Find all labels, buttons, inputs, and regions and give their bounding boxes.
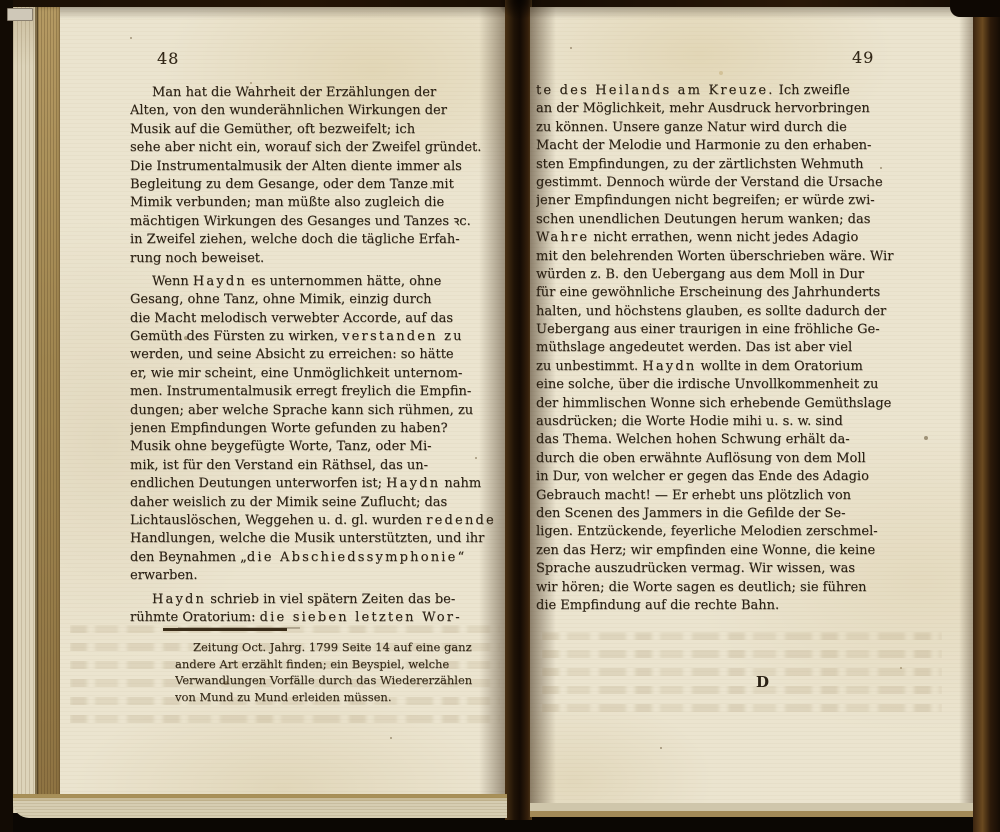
text-line: andere Art erzählt finden; ein Beyspiel,… xyxy=(175,656,492,673)
text-line: mik, ist für den Verstand ein Räthsel, d… xyxy=(130,457,502,475)
text-line: Verwandlungen Vorfälle durch das Wiedere… xyxy=(175,672,492,689)
page-49: 49 te des Heilands am Kreuze. Ich zweifl… xyxy=(530,7,973,805)
text-line: für eine gewöhnliche Erscheinung des Jah… xyxy=(536,284,916,302)
page-number-48: 48 xyxy=(157,49,179,68)
text-line: jenen Empfindungen Worte gefunden zu hab… xyxy=(130,420,502,438)
text-line: Mimik verbunden; man müßte also zugleich… xyxy=(130,194,502,212)
text-line: Wahre nicht errathen, wenn nicht jedes A… xyxy=(536,229,916,247)
page-stack-bottom-edge xyxy=(13,794,507,818)
text-line: halten, und höchstens glauben, es sollte… xyxy=(536,303,916,321)
text-line: den Scenen des Jammers in die Gefilde de… xyxy=(536,505,916,523)
spine-label-chip xyxy=(7,8,33,21)
signature-mark: D xyxy=(756,673,769,691)
text-line: an der Möglichkeit, mehr Ausdruck hervor… xyxy=(536,100,916,118)
text-line: zu unbestimmt. Haydn wollte in dem Orato… xyxy=(536,358,916,376)
text-line: würden z. B. den Uebergang aus dem Moll … xyxy=(536,266,916,284)
page-49-text-block: te des Heilands am Kreuze. Ich zweiflean… xyxy=(536,82,916,615)
text-line: rühmte Oratorium: die sieben letzten Wor… xyxy=(130,609,502,627)
page-stack-fore-edge xyxy=(13,7,37,813)
text-line: te des Heilands am Kreuze. Ich zweifle xyxy=(536,82,916,100)
paper-specks xyxy=(570,47,572,49)
text-line: in Zweifel ziehen, welche doch die tägli… xyxy=(130,231,502,249)
emphasized-text: Haydn xyxy=(386,476,440,491)
text-line: das Thema. Welchen hohen Schwung erhält … xyxy=(536,431,916,449)
text-line: endlichen Deutungen unterworfen ist; Hay… xyxy=(130,475,502,493)
text-line: Begleitung zu dem Gesange, oder dem Tanz… xyxy=(130,176,502,194)
text-line: in Dur, von welcher er gegen das Ende de… xyxy=(536,468,916,486)
text-line: dungen; aber welche Sprache kann sich rü… xyxy=(130,402,502,420)
text-line: Gesang, ohne Tanz, ohne Mimik, einzig du… xyxy=(130,291,502,309)
emphasized-text: Haydn xyxy=(193,274,247,289)
text-line: schen unendlichen Deutungen herum wanken… xyxy=(536,211,916,229)
book-left-cover-edge xyxy=(0,0,13,832)
emphasized-text: te des Heilands am Kreuze. xyxy=(536,83,775,98)
emphasized-text: die Abschiedssymphonie xyxy=(247,550,458,565)
text-line: durch die oben erwähnte Auflösung von de… xyxy=(536,450,916,468)
text-line: Musik auf die Gemüther, oft bezweifelt; … xyxy=(130,121,502,139)
book-scan: 48 Man hat die Wahrheit der Erzählungen … xyxy=(0,0,1000,832)
text-line: wir hören; die Worte sagen es deutlich; … xyxy=(536,579,916,597)
page-bottom-edge xyxy=(530,803,973,817)
page-top-shadow xyxy=(60,7,507,19)
text-line: die Macht melodisch verwebter Accorde, a… xyxy=(130,310,502,328)
text-line: Musik ohne beygefügte Worte, Tanz, oder … xyxy=(130,438,502,456)
book-gutter xyxy=(505,0,532,820)
emphasized-text: die sieben letzten Wor- xyxy=(260,610,462,625)
emphasized-text: redende xyxy=(426,513,496,528)
text-line: jener Empfindungen nicht begreifen; er w… xyxy=(536,192,916,210)
text-line: Zeitung Oct. Jahrg. 1799 Seite 14 auf ei… xyxy=(175,639,492,656)
text-line: ligen. Entzückende, feyerliche Melodien … xyxy=(536,523,916,541)
text-line: Uebergang aus einer traurigen in eine fr… xyxy=(536,321,916,339)
paper-specks xyxy=(130,37,132,39)
emphasized-text: verstanden zu xyxy=(342,329,464,344)
text-line: der himmlischen Wonne sich erhebende Gem… xyxy=(536,395,916,413)
page-48: 48 Man hat die Wahrheit der Erzählungen … xyxy=(60,7,507,796)
text-line: von Mund zu Mund erleiden müssen. xyxy=(175,689,492,706)
text-line: Gemüth des Fürsten zu wirken, verstanden… xyxy=(130,328,502,346)
bleedthrough-text xyxy=(542,632,942,714)
text-line: Lichtauslöschen, Weggehen u. d. gl. wurd… xyxy=(130,512,502,530)
page-48-footnote: Zeitung Oct. Jahrg. 1799 Seite 14 auf ei… xyxy=(175,639,492,705)
text-line: erwarben. xyxy=(130,567,502,585)
text-line: er, wie mir scheint, eine Unmöglichkeit … xyxy=(130,365,502,383)
text-line: Wenn Haydn es unternommen hätte, ohne xyxy=(130,273,502,291)
emphasized-text: Haydn xyxy=(152,592,206,607)
text-line: sten Empfindungen, zu der zärtlichsten W… xyxy=(536,156,916,174)
page-48-text-block: Man hat die Wahrheit der Erzählungen der… xyxy=(130,84,502,627)
text-line: mit den belehrenden Worten überschrieben… xyxy=(536,248,916,266)
text-line: Macht der Melodie und Harmonie zu den er… xyxy=(536,137,916,155)
emphasized-text: Haydn xyxy=(642,359,696,374)
text-line: den Beynahmen „die Abschiedssymphonie“ xyxy=(130,549,502,567)
top-right-cover-corner xyxy=(950,0,1000,17)
text-line: eine solche, über die irdische Unvollkom… xyxy=(536,376,916,394)
text-line: mächtigen Wirkungen des Gesanges und Tan… xyxy=(130,213,502,231)
page-top-shadow xyxy=(530,7,973,19)
footnote-rule xyxy=(163,628,287,631)
text-line: müthslage angedeutet werden. Das ist abe… xyxy=(536,339,916,357)
page-number-49: 49 xyxy=(852,48,874,67)
text-line: Man hat die Wahrheit der Erzählungen der xyxy=(130,84,502,102)
text-line: Haydn schrieb in viel spätern Zeiten das… xyxy=(130,591,502,609)
text-line: men. Instrumentalmusik erregt freylich d… xyxy=(130,383,502,401)
text-line: die Empfindung auf die rechte Bahn. xyxy=(536,597,916,615)
text-line: daher weislich zu der Mimik seine Zufluc… xyxy=(130,494,502,512)
book-right-cover-edge xyxy=(973,0,1000,832)
text-line: Handlungen, welche die Musik unterstützt… xyxy=(130,530,502,548)
text-line: Alten, von den wunderähnlichen Wirkungen… xyxy=(130,102,502,120)
text-line: zen das Herz; wir empfinden eine Wonne, … xyxy=(536,542,916,560)
text-line: Die Instrumentalmusik der Alten diente i… xyxy=(130,158,502,176)
text-line: rung noch beweiset. xyxy=(130,250,502,268)
text-line: werden, und seine Absicht zu erreichen: … xyxy=(130,346,502,364)
text-line: zu können. Unsere ganze Natur wird durch… xyxy=(536,119,916,137)
text-line: ausdrücken; die Worte Hodie mihi u. s. w… xyxy=(536,413,916,431)
text-line: sehe aber nicht ein, worauf sich der Zwe… xyxy=(130,139,502,157)
text-line: Gebrauch macht! — Er erhebt uns plötzlic… xyxy=(536,487,916,505)
text-line: gestimmt. Dennoch würde der Verstand die… xyxy=(536,174,916,192)
text-line: Sprache auszudrücken vermag. Wir wissen,… xyxy=(536,560,916,578)
emphasized-text: Wahre xyxy=(536,230,589,245)
